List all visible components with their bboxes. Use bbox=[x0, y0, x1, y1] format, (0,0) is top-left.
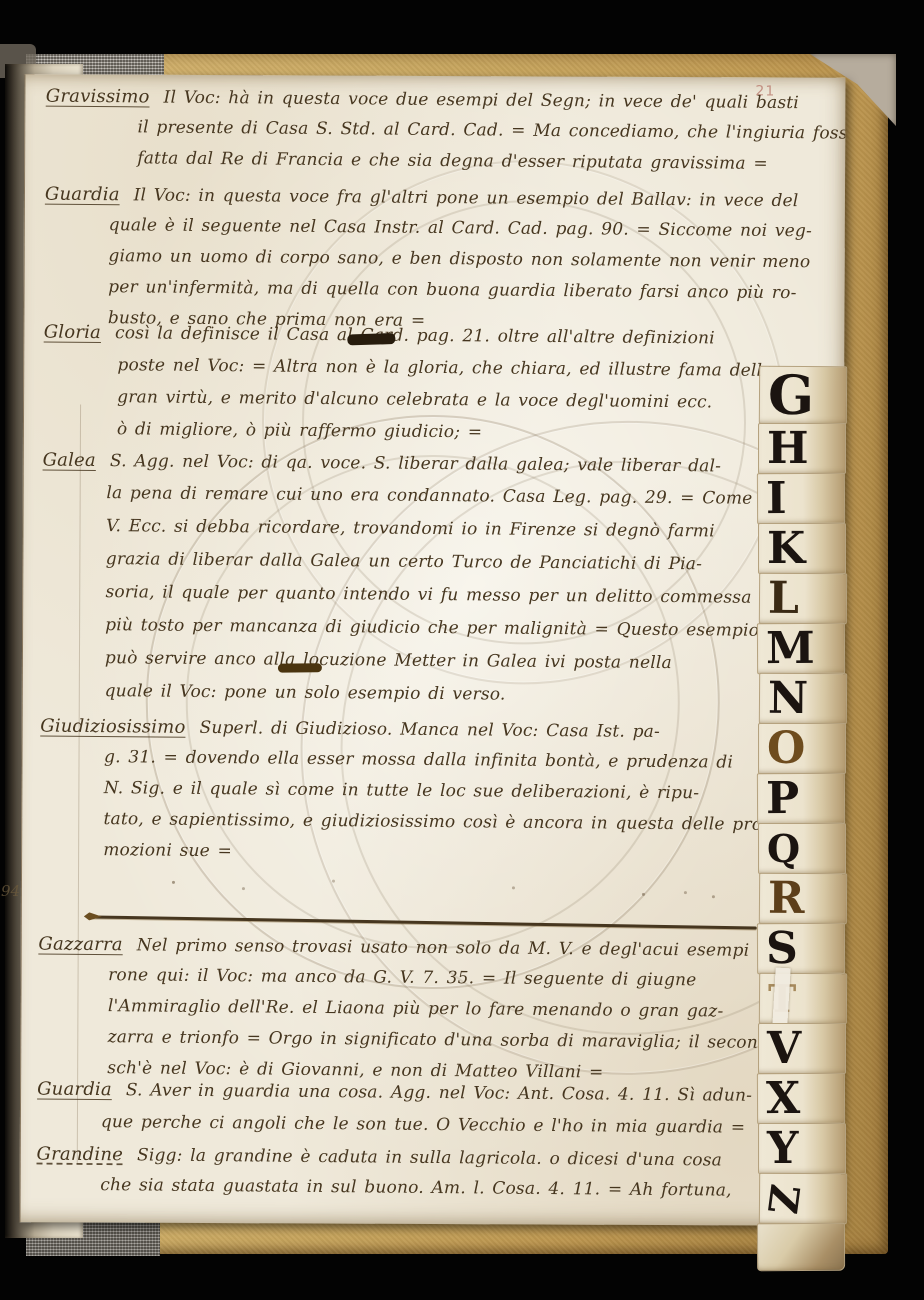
tab-p: P bbox=[757, 773, 845, 824]
tab-letter: Q bbox=[767, 830, 800, 868]
tab-g: G bbox=[759, 366, 847, 425]
text-line: Il Voc: hà in questa voce due esempi del… bbox=[164, 88, 800, 114]
headword-label: Gloria bbox=[44, 322, 101, 343]
tab-letter: H bbox=[767, 427, 809, 471]
photo-stage: 94 21 GravissimoIl Voc: hà in questa voc… bbox=[0, 0, 924, 1300]
tab-letter: M bbox=[766, 626, 815, 670]
headword-label: Guardia bbox=[37, 1079, 112, 1101]
tab-q: Q bbox=[758, 823, 846, 874]
tab-letter: I bbox=[766, 477, 787, 521]
text-line: quale il Voc: pone un solo esempio di ve… bbox=[104, 675, 758, 714]
blank-tab-end bbox=[757, 1223, 845, 1271]
text-line: mozioni sue = bbox=[103, 835, 768, 872]
headword-label: Giudiziosissimo bbox=[40, 716, 185, 738]
tab-l: L bbox=[759, 573, 847, 625]
tab-letter: Z bbox=[761, 1181, 804, 1215]
text-line: Il Voc: in questa voce fra gl'altri pone… bbox=[134, 185, 799, 211]
text-line: così la definisce il Casa al Card. pag. … bbox=[115, 323, 715, 348]
tab-letter: X bbox=[766, 1077, 800, 1121]
tab-letter: Y bbox=[767, 1127, 798, 1171]
headword-label: Gazzarra bbox=[38, 934, 123, 956]
tab-letter: R bbox=[768, 876, 805, 920]
tab-v: V bbox=[758, 1023, 846, 1074]
headword-label: Galea bbox=[43, 450, 96, 471]
entry-gravissimo: GravissimoIl Voc: hà in questa voce due … bbox=[45, 81, 845, 181]
tab-letter: G bbox=[768, 368, 815, 422]
text-line: Nel primo senso trovasi usato non solo d… bbox=[137, 935, 750, 960]
text-line: S. Agg. nel Voc: di qa. voce. S. liberar… bbox=[110, 451, 721, 476]
entry-gazzarra: GazzarraNel primo senso trovasi usato no… bbox=[37, 929, 845, 1091]
tab-letter: S bbox=[766, 927, 798, 971]
tab-letter: L bbox=[768, 576, 799, 620]
text-line: Sigg: la grandine è caduta in sulla lagr… bbox=[137, 1145, 722, 1170]
tab-letter: O bbox=[767, 727, 805, 771]
tab-y: Y bbox=[758, 1123, 846, 1174]
tab-i: I bbox=[757, 473, 845, 524]
entry-gloria: Gloriacosì la definisce il Casa al Card.… bbox=[43, 317, 773, 451]
tab-x: X bbox=[757, 1073, 845, 1124]
tab-m: M bbox=[757, 623, 845, 674]
text-line: che sia stata guastata in sul buono. Am.… bbox=[100, 1170, 732, 1207]
ink-blot bbox=[347, 333, 395, 345]
entry-guardia: GuardiaIl Voc: in questa voce fra gl'alt… bbox=[44, 179, 813, 341]
tab-z: Z bbox=[759, 1173, 847, 1225]
tab-letter: N bbox=[768, 676, 809, 720]
margin-number: 94 bbox=[1, 882, 20, 900]
headword-label: Guardia bbox=[45, 184, 120, 206]
tab-r: R bbox=[759, 873, 847, 925]
tab-o: O bbox=[758, 723, 846, 774]
tab-letter: P bbox=[766, 777, 799, 821]
tab-h: H bbox=[758, 423, 846, 474]
ink-blot bbox=[278, 663, 322, 673]
entry-grandine: GrandineSigg: la grandine è caduta in su… bbox=[36, 1139, 732, 1207]
headword-label: Gravissimo bbox=[46, 86, 150, 108]
tab-n: N bbox=[759, 673, 847, 725]
tab-k: K bbox=[758, 523, 846, 574]
text-line: fatta dal Re di Francia e che sia degna … bbox=[137, 143, 845, 180]
text-line: S. Aver in guardia una cosa. Agg. nel Vo… bbox=[126, 1080, 752, 1105]
text-line: Superl. di Giudizioso. Manca nel Voc: Ca… bbox=[199, 718, 660, 742]
ink-specks bbox=[172, 881, 175, 884]
tab-letter: V bbox=[767, 1027, 801, 1071]
manuscript-text: GravissimoIl Voc: hà in questa voce due … bbox=[36, 74, 845, 1226]
headword-label: Grandine bbox=[36, 1144, 123, 1166]
text-line: que perche ci angoli che le son tue. O V… bbox=[101, 1106, 752, 1144]
tab-s: S bbox=[757, 923, 845, 974]
tab-letter: K bbox=[767, 527, 805, 571]
entry-giudiziosissimo: GiudiziosissimoSuperl. di Giudizioso. Ma… bbox=[39, 711, 769, 872]
alphabet-index-tabs: G H I K L M N O P Q R S T V X Y Z bbox=[758, 366, 846, 1270]
entry-galea: GaleaS. Agg. nel Voc: di qa. voce. S. li… bbox=[40, 444, 760, 714]
entry-guardia-2: GuardiaS. Aver in guardia una cosa. Agg.… bbox=[37, 1074, 753, 1144]
tab-t: T bbox=[759, 973, 847, 1025]
manuscript-page: 21 GravissimoIl Voc: hà in questa voce d… bbox=[19, 74, 845, 1226]
